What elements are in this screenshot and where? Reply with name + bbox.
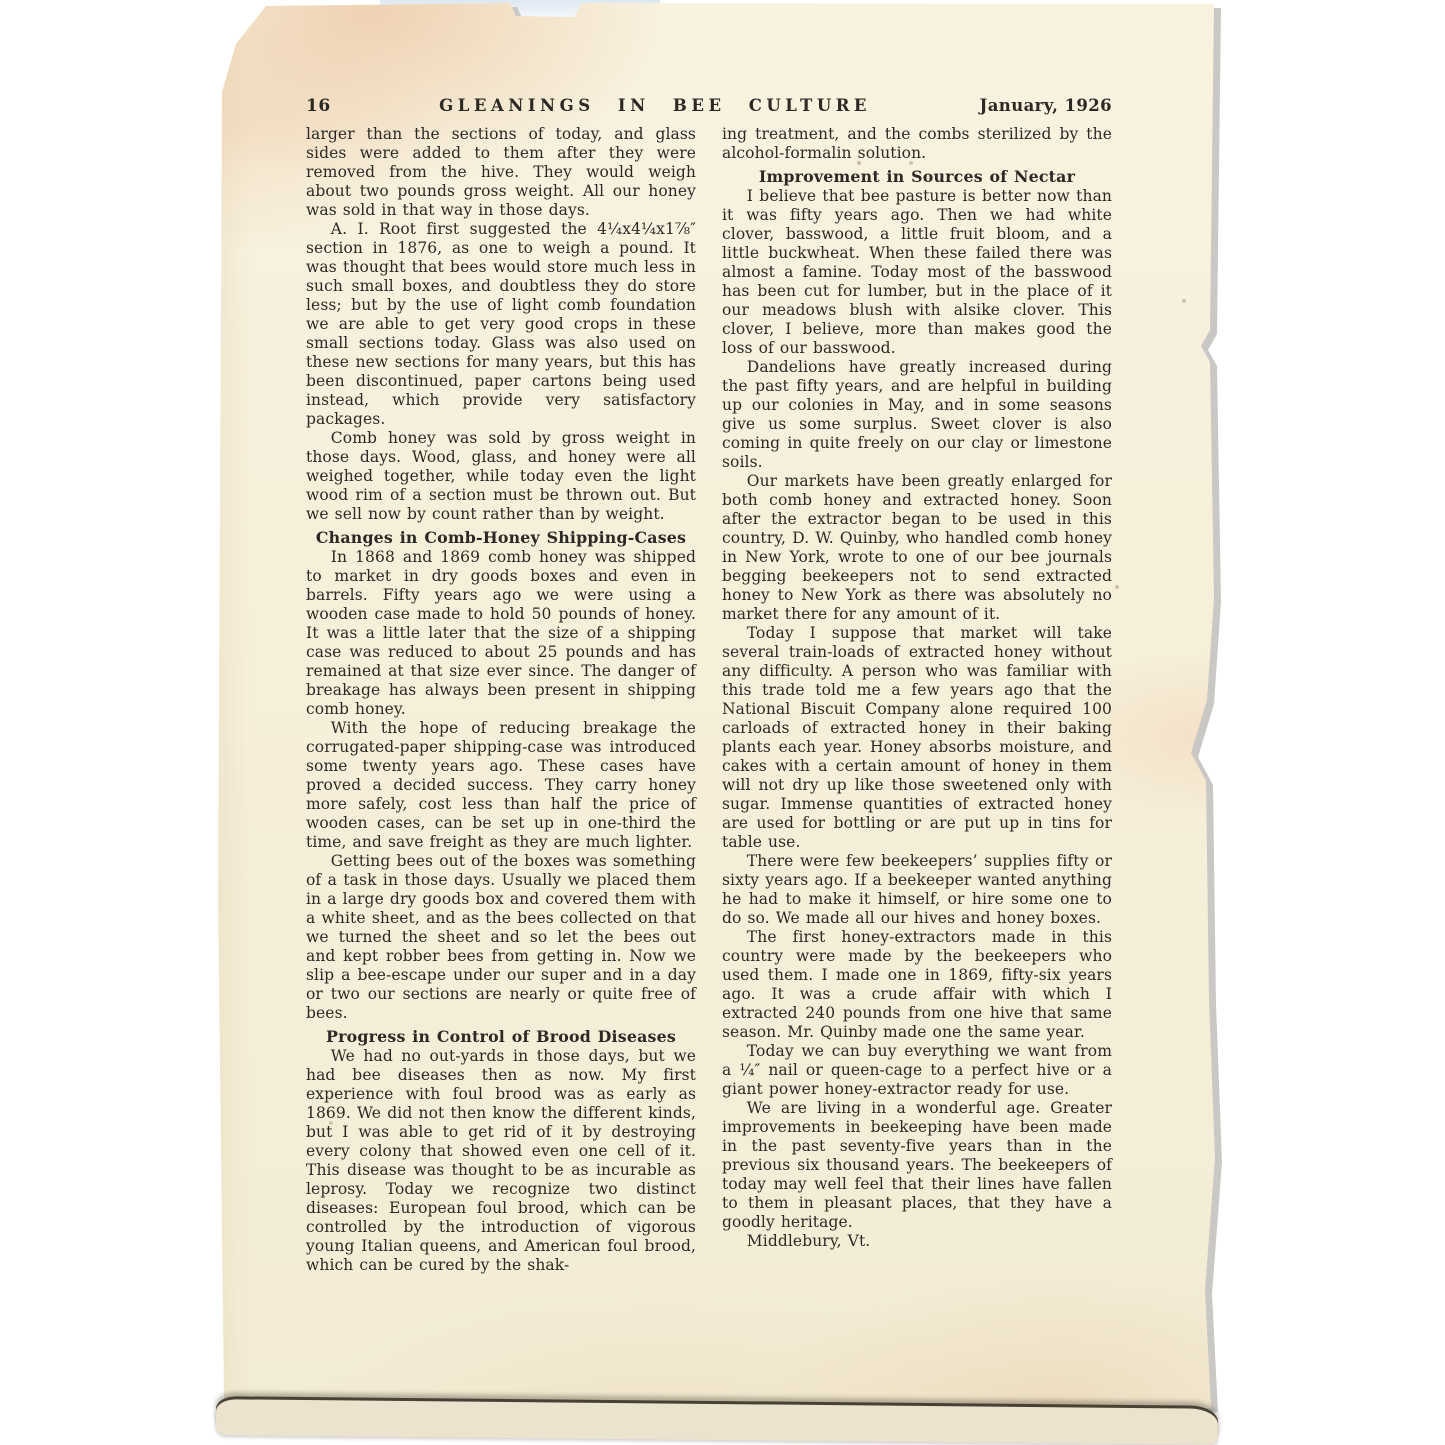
body-paragraph: A. I. Root first suggested the 4¼x4¼x1⅞″… bbox=[306, 220, 696, 429]
body-paragraph: We are living in a wonderful age. Greate… bbox=[722, 1099, 1112, 1232]
body-paragraph: ing treatment, and the combs sterilized … bbox=[722, 125, 1112, 163]
body-paragraph: I believe that bee pasture is better now… bbox=[722, 187, 1112, 358]
body-paragraph: Dandelions have greatly increased during… bbox=[722, 358, 1112, 472]
section-heading: Improvement in Sources of Nectar bbox=[722, 167, 1112, 186]
body-paragraph: Our markets have been greatly enlarged f… bbox=[722, 472, 1112, 624]
body-paragraph: The first honey-extractors made in this … bbox=[722, 928, 1112, 1042]
page-number: 16 bbox=[306, 96, 331, 116]
paper-specks bbox=[210, 0, 212, 2]
running-header: 16 GLEANINGS IN BEE CULTURE January, 192… bbox=[306, 96, 1112, 116]
body-paragraph: Today we can buy everything we want from… bbox=[722, 1042, 1112, 1099]
page-content: 16 GLEANINGS IN BEE CULTURE January, 192… bbox=[210, 0, 1112, 1275]
section-heading: Progress in Control of Brood Diseases bbox=[306, 1027, 696, 1046]
magazine-page: 16 GLEANINGS IN BEE CULTURE January, 192… bbox=[210, 0, 1218, 1445]
signature-line: Middlebury, Vt. bbox=[722, 1232, 1112, 1251]
body-paragraph: In 1868 and 1869 comb honey was shipped … bbox=[306, 548, 696, 719]
scanned-page-scene: 16 GLEANINGS IN BEE CULTURE January, 192… bbox=[0, 0, 1445, 1445]
body-paragraph: larger than the sections of today, and g… bbox=[306, 125, 696, 220]
two-column-text: larger than the sections of today, and g… bbox=[306, 125, 1112, 1275]
issue-date: January, 1926 bbox=[980, 96, 1113, 115]
left-column: larger than the sections of today, and g… bbox=[306, 125, 696, 1275]
right-column: ing treatment, and the combs sterilized … bbox=[722, 125, 1112, 1275]
body-paragraph: Today I suppose that market will take se… bbox=[722, 624, 1112, 852]
body-paragraph: There were few beekeepers’ supplies fift… bbox=[722, 852, 1112, 928]
journal-title: GLEANINGS IN BEE CULTURE bbox=[439, 96, 871, 115]
body-paragraph: Getting bees out of the boxes was someth… bbox=[306, 852, 696, 1023]
body-paragraph: Comb honey was sold by gross weight in t… bbox=[306, 429, 696, 524]
body-paragraph: With the hope of reducing breakage the c… bbox=[306, 719, 696, 852]
section-heading: Changes in Comb-Honey Shipping-Cases bbox=[306, 528, 696, 547]
body-paragraph: We had no out-yards in those days, but w… bbox=[306, 1047, 696, 1275]
